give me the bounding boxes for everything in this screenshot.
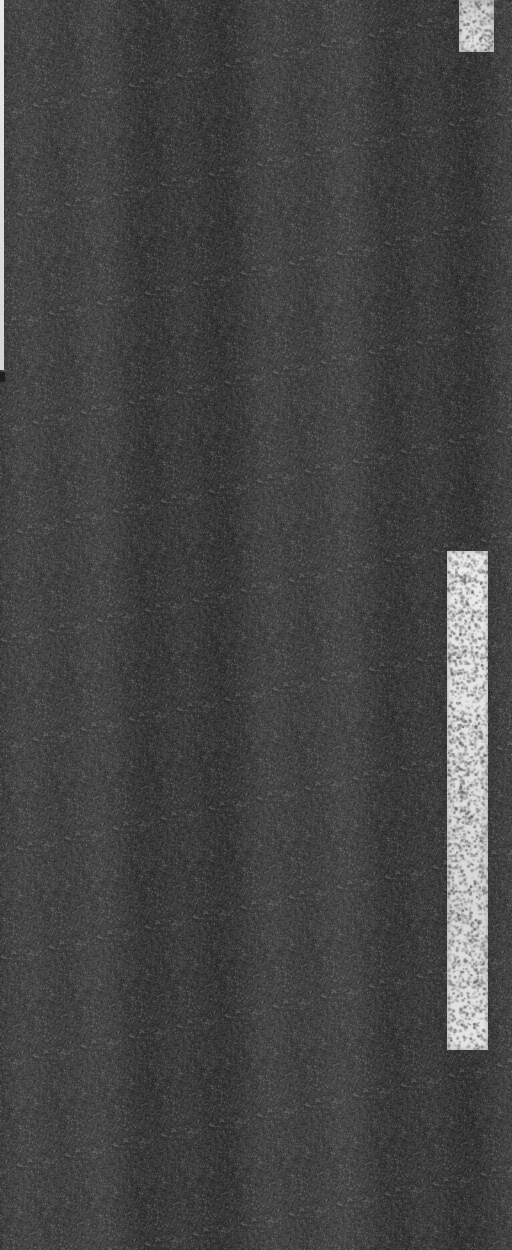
left-edge-line	[0, 0, 4, 370]
lane-marking-top	[459, 0, 494, 52]
asphalt-texture	[0, 0, 512, 1250]
lane-marking-main	[447, 551, 488, 1050]
left-edge-mark	[0, 372, 5, 382]
road-surface-photo	[0, 0, 512, 1250]
